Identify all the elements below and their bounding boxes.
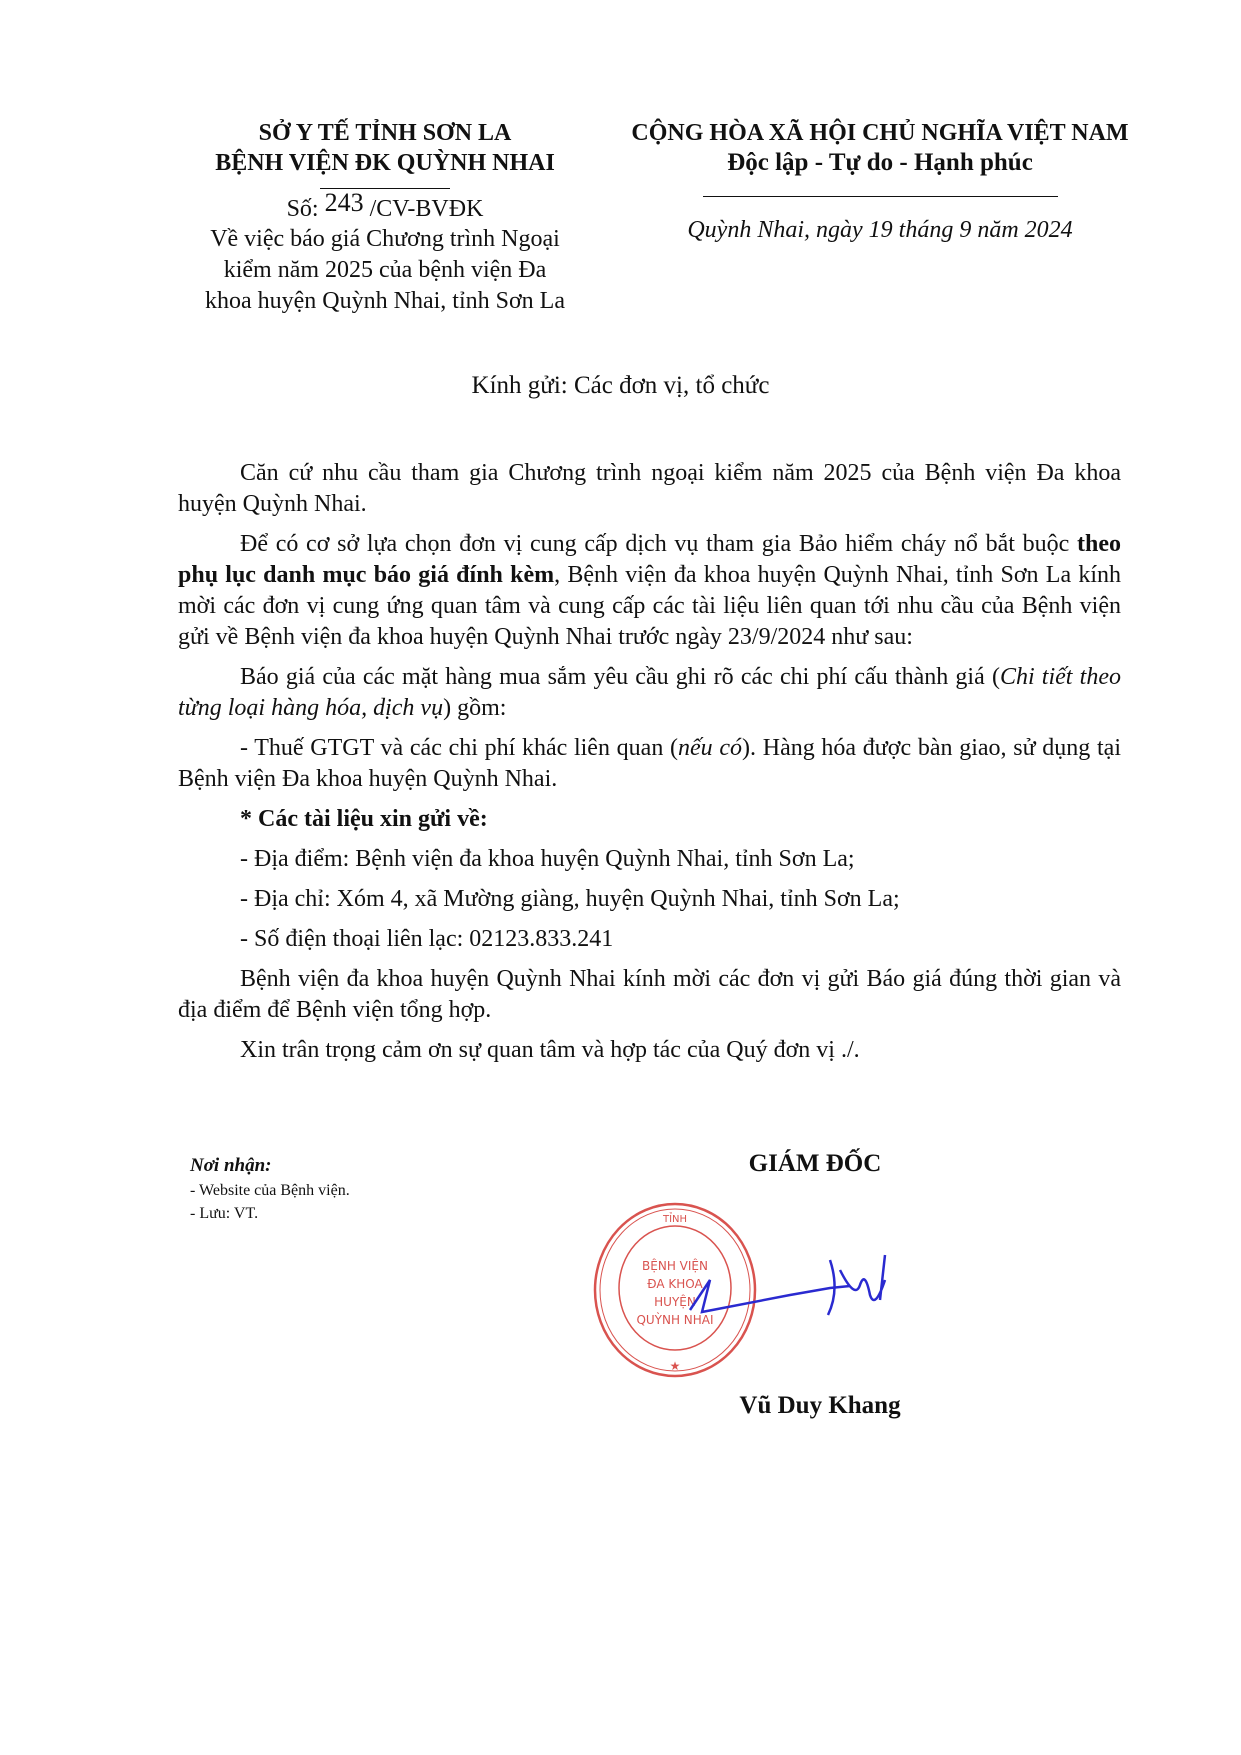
document-number: Số: 243 /CV-BVĐK bbox=[160, 193, 610, 224]
national-motto: Độc lập - Tự do - Hạnh phúc bbox=[610, 148, 1150, 178]
recipients: Nơi nhận: - Website của Bệnh viện. - Lưu… bbox=[190, 1155, 590, 1225]
paragraph-quote-requirements: Báo giá của các mặt hàng mua sắm yêu cầu… bbox=[178, 662, 1121, 724]
recipient-item: - Website của Bệnh viện. bbox=[190, 1179, 590, 1202]
national-title: CỘNG HÒA XÃ HỘI CHỦ NGHĨA VIỆT NAM bbox=[610, 118, 1150, 148]
recipient-item: - Lưu: VT. bbox=[190, 1202, 590, 1225]
svg-text:TỈNH: TỈNH bbox=[662, 1211, 687, 1225]
signer-title: GIÁM ĐỐC bbox=[700, 1150, 930, 1178]
paragraph-basis: Căn cứ nhu cầu tham gia Chương trình ngo… bbox=[178, 458, 1121, 520]
paragraph-thanks: Xin trân trọng cảm ơn sự quan tâm và hợp… bbox=[178, 1035, 1121, 1066]
issuer-header: SỞ Y TẾ TỈNH SƠN LA BỆNH VIỆN ĐK QUỲNH N… bbox=[160, 118, 610, 317]
send-heading: * Các tài liệu xin gửi về: bbox=[178, 804, 1121, 835]
document-number-value: 243 bbox=[325, 188, 364, 217]
svg-text:★: ★ bbox=[670, 1359, 681, 1373]
issuer-department: SỞ Y TẾ TỈNH SƠN LA bbox=[160, 118, 610, 148]
paragraph-request: Bệnh viện đa khoa huyện Quỳnh Nhai kính … bbox=[178, 964, 1121, 1026]
place-date: Quỳnh Nhai, ngày 19 tháng 9 năm 2024 bbox=[610, 217, 1150, 244]
issuer-hospital: BỆNH VIỆN ĐK QUỲNH NHAI bbox=[160, 148, 610, 178]
signature-icon bbox=[680, 1240, 940, 1330]
national-header: CỘNG HÒA XÃ HỘI CHỦ NGHĨA VIỆT NAM Độc l… bbox=[610, 118, 1150, 244]
send-location: - Địa điểm: Bệnh viện đa khoa huyện Quỳn… bbox=[178, 844, 1121, 875]
greeting: Kính gửi: Các đơn vị, tổ chức bbox=[0, 372, 1241, 400]
recipients-title: Nơi nhận: bbox=[190, 1155, 590, 1177]
document-subject: Về việc báo giá Chương trình Ngoại kiểm … bbox=[160, 224, 610, 317]
document-body: Căn cứ nhu cầu tham gia Chương trình ngo… bbox=[178, 458, 1121, 1075]
paragraph-invitation: Để có cơ sở lựa chọn đơn vị cung cấp dịc… bbox=[178, 529, 1121, 653]
signer-name: Vũ Duy Khang bbox=[680, 1392, 960, 1420]
send-address: - Địa chỉ: Xóm 4, xã Mường giàng, huyện … bbox=[178, 884, 1121, 915]
national-divider bbox=[703, 196, 1058, 197]
send-phone: - Số điện thoại liên lạc: 02123.833.241 bbox=[178, 924, 1121, 955]
paragraph-tax: - Thuế GTGT và các chi phí khác liên qua… bbox=[178, 733, 1121, 795]
